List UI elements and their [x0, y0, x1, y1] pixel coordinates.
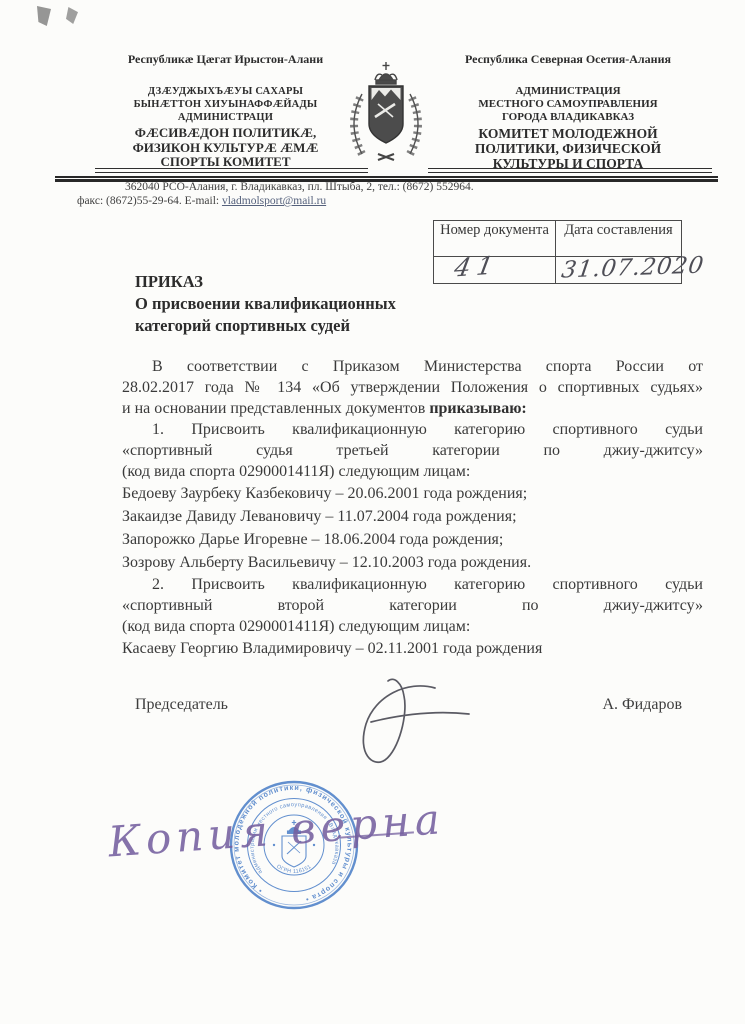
order-title: ПРИКАЗ О присвоении квалификационных кат… [135, 271, 396, 337]
date-header-cell: Дата составления [556, 221, 681, 256]
letterhead-right-committee: КОМИТЕТ МОЛОДЕЖНОЙ ПОЛИТИКИ, ФИЗИЧЕСКОЙ … [420, 126, 716, 171]
paragraph: Запорожко Дарье Игоревне – 18.06.2004 го… [122, 528, 703, 551]
email-link[interactable]: vladmolsport@mail.ru [222, 195, 326, 207]
body-line: Бедоеву Заурбеку Казбековичу – 20.06.200… [122, 482, 703, 505]
body-line: Запорожко Дарье Игоревне – 18.06.2004 го… [122, 528, 703, 551]
letterhead-left-admin-line: БЫНÆТТОН ХИУЫНАФФÆЙАДЫ [78, 98, 373, 111]
paragraph: Бедоеву Заурбеку Казбековичу – 20.06.200… [122, 482, 703, 505]
scan-artifact [66, 7, 78, 24]
letterhead-right-admin-line: ГОРОДА ВЛАДИКАВКАЗ [420, 111, 716, 124]
scan-artifact [37, 6, 51, 26]
contact-address-line: 362040 РСО-Алания, г. Владикавказ, пл. Ш… [125, 181, 474, 193]
body-line: В соответствии с Приказом Министерства с… [122, 356, 703, 377]
handwritten-document-number: 41 [452, 251, 502, 283]
body-paragraphs: В соответствии с Приказом Министерства с… [122, 356, 703, 660]
paragraph: 2. Присвоить квалификационную категорию … [122, 574, 703, 637]
letterhead-right-administration: АДМИНИСТРАЦИЯ МЕСТНОГО САМОУПРАВЛЕНИЯ ГО… [420, 85, 716, 124]
body-line: 1. Присвоить квалификационную категорию … [122, 419, 703, 440]
body-line: 2. Присвоить квалификационную категорию … [122, 574, 703, 595]
signer-name: А. Фидаров [570, 696, 682, 714]
letterhead-left-administration: ДЗÆУДЖЫХЪÆУЫ САХАРЫ БЫНÆТТОН ХИУЫНАФФÆЙА… [78, 85, 373, 124]
body-line: «спортивный второй категории по джиу-джи… [122, 595, 703, 616]
body-line: «спортивный судья третьей категории по д… [122, 440, 703, 461]
letterhead-right-admin-line: МЕСТНОГО САМОУПРАВЛЕНИЯ [420, 98, 716, 111]
letterhead-right-admin-line: АДМИНИСТРАЦИЯ [420, 85, 716, 98]
fax-text: факс: (8672)55-29-64. E-mail: [77, 195, 222, 207]
body-line: и на основании представленных документов… [122, 398, 703, 419]
paragraph: 1. Присвоить квалификационную категорию … [122, 419, 703, 482]
order-subject-line: О присвоении квалификационных [135, 293, 396, 315]
letterhead-left-admin-line: АДМИНИСТРАЦИ [78, 111, 373, 124]
letterhead-left-committee: ФÆСИВÆДОН ПОЛИТИКÆ, ФИЗИКОН КУЛЬТУРÆ ÆМÆ… [78, 126, 373, 170]
contact-fax-line: факс: (8672)55-29-64. E-mail: vladmolspo… [77, 195, 326, 207]
body-line: Зозрову Альберту Васильевичу – 12.10.200… [122, 551, 703, 574]
body-line: Касаеву Георгию Владимировичу – 02.11.20… [122, 637, 703, 660]
body-line: (код вида спорта 0290001411Я) следующим … [122, 616, 703, 637]
signer-role: Председатель [135, 696, 228, 714]
paragraph: Зозрову Альберту Васильевичу – 12.10.200… [122, 551, 703, 574]
order-subject-line: категорий спортивных судей [135, 315, 396, 337]
left-column-divider [95, 168, 368, 173]
letterhead-right-republic: Республика Северная Осетия-Алания [420, 52, 716, 67]
letterhead-right-committee-line: КОМИТЕТ МОЛОДЕЖНОЙ [420, 126, 716, 141]
scanned-document-page: Республикæ Цæгат Ирыстон-Алани ДЗÆУДЖЫХЪ… [0, 0, 745, 1024]
body-line: Закаидзе Давиду Левановичу – 11.07.2004 … [122, 505, 703, 528]
paragraph: Касаеву Георгию Владимировичу – 02.11.20… [122, 637, 703, 660]
body-line: 28.02.2017 года № 134 «Об утверждении По… [122, 377, 703, 398]
letterhead-left-committee-line: ФÆСИВÆДОН ПОЛИТИКÆ, [78, 126, 373, 141]
paragraph: Закаидзе Давиду Левановичу – 11.07.2004 … [122, 505, 703, 528]
letterhead-left-admin-line: ДЗÆУДЖЫХЪÆУЫ САХАРЫ [78, 85, 373, 98]
right-column-divider [428, 168, 712, 173]
letterhead-left-republic: Республикæ Цæгат Ирыстон-Алани [78, 52, 373, 67]
paragraph: В соответствии с Приказом Министерства с… [122, 356, 703, 419]
letterhead-left-committee-line: ФИЗИКОН КУЛЬТУРÆ ÆМÆ [78, 141, 373, 156]
handwritten-date: 31.07.2020 [560, 253, 706, 284]
order-kind: ПРИКАЗ [135, 271, 396, 293]
body-line: (код вида спорта 0290001411Я) следующим … [122, 461, 703, 482]
letterhead-right-committee-line: ПОЛИТИКИ, ФИЗИЧЕСКОЙ [420, 141, 716, 156]
chairman-signature [335, 672, 480, 774]
